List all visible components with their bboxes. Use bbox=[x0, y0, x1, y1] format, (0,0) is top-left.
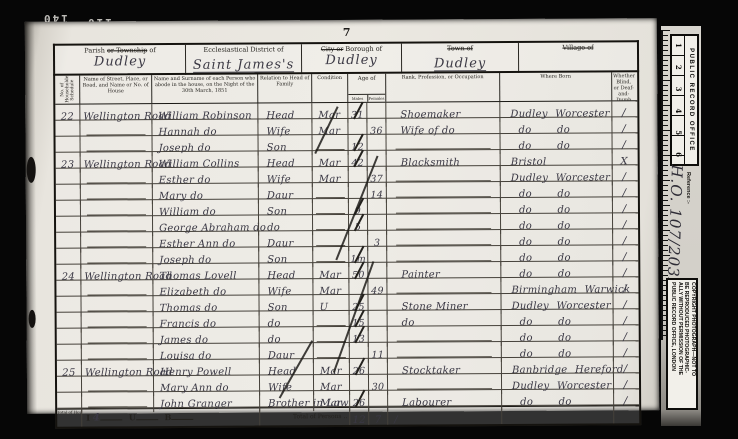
total-males: 12 bbox=[349, 408, 368, 425]
district-label: Ecclesiastical District of bbox=[203, 45, 283, 53]
borough-value: Dudley bbox=[302, 53, 401, 69]
town-box: Town of Dudley bbox=[401, 43, 518, 74]
copyright-notice: COPYRIGHT PHOTOGRAPH—NOT TO BE REPRODUCE… bbox=[666, 278, 698, 410]
col-name-header: Name and Surname of each Person who abod… bbox=[151, 75, 257, 104]
borough-label-struck: City or bbox=[321, 45, 343, 53]
census-form: 7 Parish or Township of Dudley Ecclesias… bbox=[25, 18, 659, 414]
col-age-males-header: Males bbox=[348, 95, 367, 102]
borough-box: City or Borough of Dudley bbox=[301, 44, 401, 75]
table-body: 22 Wellington Road William Robinson Head… bbox=[55, 101, 639, 409]
col-condition-header: Condition bbox=[311, 74, 347, 102]
inhabited-count: 4 bbox=[93, 412, 100, 423]
houses-tally: I 4 U B bbox=[81, 409, 259, 427]
col-blind-header: Whether Blind, or Deaf-and-Dumb bbox=[611, 72, 635, 100]
col-age-females-header: Females bbox=[367, 95, 386, 102]
town-label-struck: Town of bbox=[447, 44, 473, 52]
col-schedule-header: No. of Householder's Schedule bbox=[55, 76, 79, 104]
parish-label: Parish bbox=[84, 46, 107, 54]
total-persons-label: Total of Persons .. bbox=[259, 408, 349, 426]
enumeration-table: No. of Householder's Schedule Name of St… bbox=[53, 70, 641, 429]
village-label-struck: Village of bbox=[562, 43, 593, 51]
col-born-header: Where Born bbox=[499, 72, 611, 101]
parish-value: Dudley bbox=[55, 54, 185, 70]
parish-label-struck: or Township bbox=[107, 46, 147, 54]
page-number: 7 bbox=[343, 26, 351, 39]
col-street-header: Name of Street, Place, or Road, and Name… bbox=[79, 75, 151, 103]
col-age-header: Age of Males Females bbox=[347, 74, 385, 102]
pro-strip: PUBLIC RECORD OFFICE 1 2 3 4 5 6 Referen… bbox=[661, 26, 701, 426]
totals-row: Total of Houses I 4 U B Total of Persons… bbox=[57, 405, 639, 427]
col-occupation-header: Rank, Profession, or Occupation bbox=[385, 73, 499, 102]
district-value: Saint James's bbox=[193, 58, 295, 73]
ecclesiastical-district-box: Ecclesiastical District of Saint James's bbox=[185, 44, 301, 75]
borough-label: Borough of bbox=[343, 45, 382, 53]
town-value: Dudley bbox=[434, 57, 486, 71]
column-headers: No. of Householder's Schedule Name of St… bbox=[55, 72, 637, 105]
total-females: 7 bbox=[368, 408, 387, 425]
scan-blemish bbox=[27, 157, 36, 183]
pro-ruler-card: PUBLIC RECORD OFFICE 1 2 3 4 5 6 bbox=[670, 34, 699, 166]
totals-check-mark: / bbox=[387, 407, 501, 425]
total-houses-label: Total of Houses bbox=[57, 410, 81, 427]
pro-office-title: PUBLIC RECORD OFFICE bbox=[684, 36, 697, 164]
col-relation-header: Relation to Head of Family bbox=[257, 74, 311, 102]
ruler-numbers: 1 2 3 4 5 6 bbox=[672, 36, 684, 164]
scan-blemish bbox=[29, 310, 36, 328]
parish-box: Parish or Township of Dudley bbox=[55, 45, 185, 76]
village-box: Village of bbox=[518, 42, 637, 73]
census-scan-page: 140 110 7 Parish or Township of Dudley E… bbox=[0, 0, 738, 439]
